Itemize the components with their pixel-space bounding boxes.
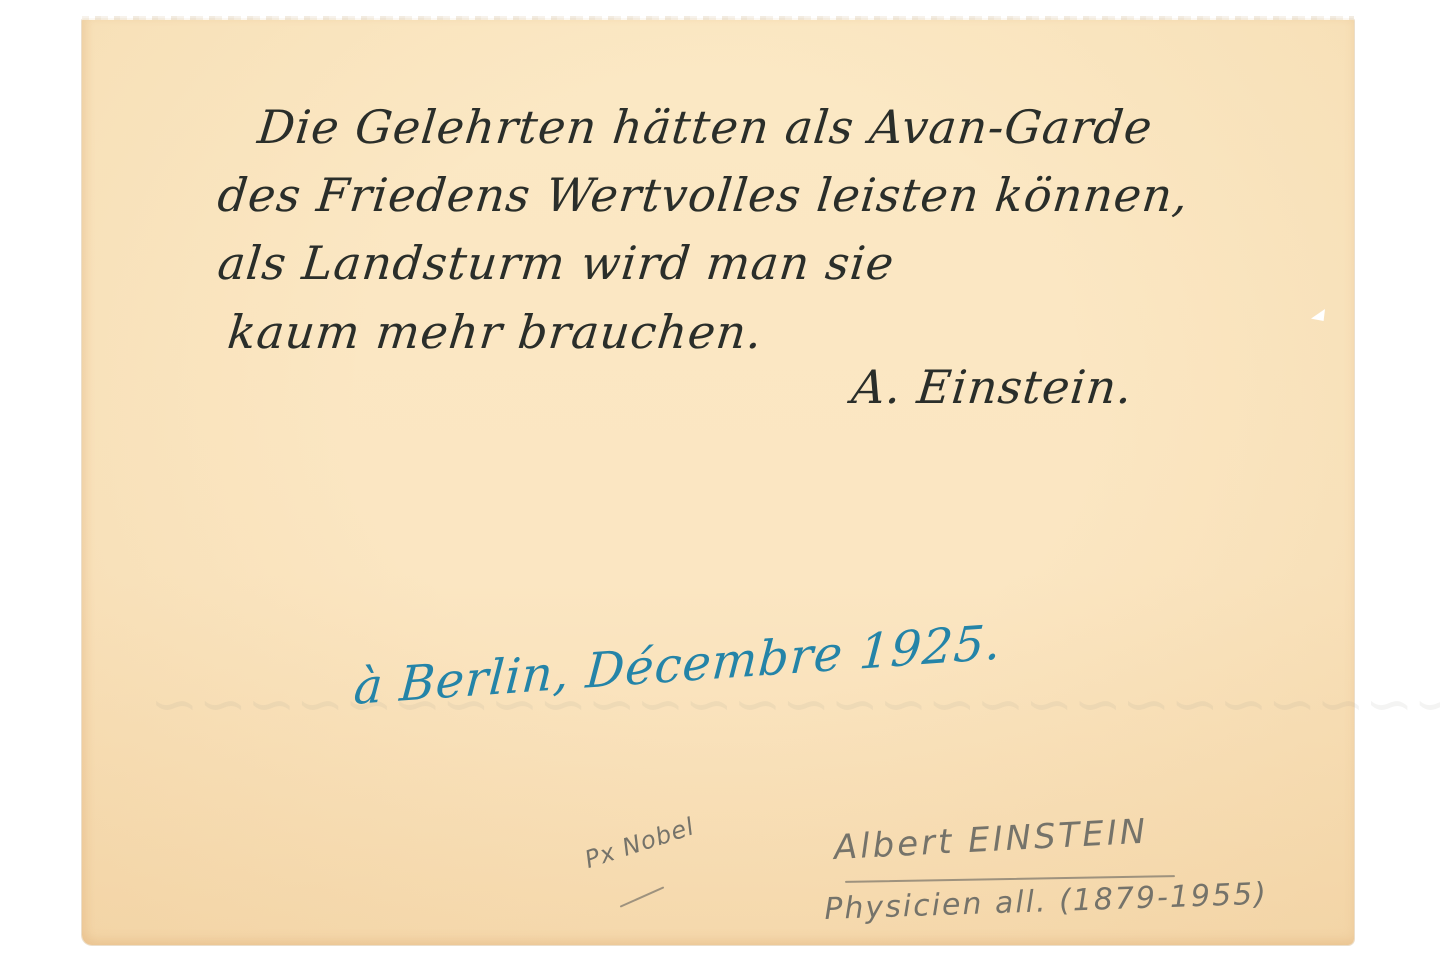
paper-card: [82, 19, 1354, 945]
letter-line-1: Die Gelehrten hätten als Avan-Garde: [255, 100, 1155, 154]
letter-line-3: als Landsturm wird man sie: [215, 236, 897, 290]
letter-line-4: kaum mehr brauchen.: [225, 305, 765, 359]
scan-canvas: ~~~~~~~~~~~~~~~~~~~~~~~~~~~~~~ Die Geleh…: [0, 0, 1440, 960]
letter-line-2: des Friedens Wertvolles leisten können,: [215, 168, 1191, 222]
signature: A. Einstein.: [849, 360, 1135, 414]
